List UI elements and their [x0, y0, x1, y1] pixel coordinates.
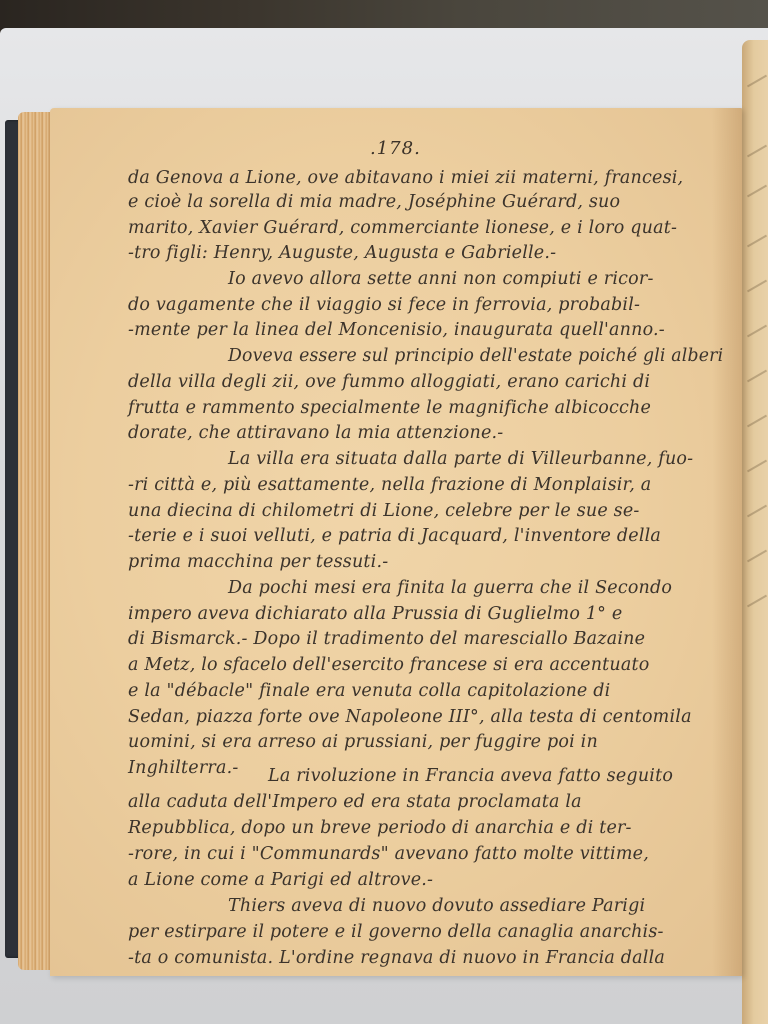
- text-line: La rivoluzione in Francia aveva fatto se…: [268, 766, 673, 786]
- faint-handwriting: [747, 75, 767, 88]
- faint-handwriting: [747, 370, 767, 383]
- text-line: Inghilterra.-: [128, 758, 238, 778]
- text-line: -ta o comunista. L'ordine regnava di nuo…: [128, 948, 665, 968]
- faint-handwriting: [747, 505, 767, 518]
- text-line: della villa degli zii, ove fummo alloggi…: [128, 372, 650, 392]
- faint-handwriting: [747, 235, 767, 248]
- text-line: a Metz, lo sfacelo dell'esercito frances…: [128, 655, 649, 675]
- text-line: impero aveva dichiarato alla Prussia di …: [128, 604, 622, 624]
- faint-handwriting: [747, 595, 767, 608]
- text-line: di Bismarck.- Dopo il tradimento del mar…: [128, 629, 645, 649]
- text-line: Thiers aveva di nuovo dovuto assediare P…: [228, 896, 645, 916]
- facing-page-edge: [742, 40, 768, 1024]
- text-line: do vagamente che il viaggio si fece in f…: [128, 295, 640, 315]
- faint-handwriting: [747, 550, 767, 563]
- faint-handwriting: [747, 325, 767, 338]
- text-line: Repubblica, dopo un breve periodo di ana…: [128, 818, 632, 838]
- text-line: La villa era situata dalla parte di Vill…: [228, 449, 693, 469]
- text-line: e la "débacle" finale era venuta colla c…: [128, 681, 610, 701]
- faint-handwriting: [747, 145, 767, 158]
- page-number: .178.: [370, 138, 421, 159]
- text-line: per estirpare il potere e il governo del…: [128, 922, 664, 942]
- text-line: Io avevo allora sette anni non compiuti …: [228, 269, 654, 289]
- faint-handwriting: [747, 280, 767, 293]
- gutter-shadow: [712, 108, 742, 976]
- text-line: prima macchina per tessuti.-: [128, 552, 388, 572]
- text-line: frutta e rammento specialmente le magnif…: [128, 398, 651, 418]
- text-line: alla caduta dell'Impero ed era stata pro…: [128, 792, 582, 812]
- text-line: -rore, in cui i "Communards" avevano fat…: [128, 844, 649, 864]
- text-line: -mente per la linea del Moncenisio, inau…: [128, 320, 665, 340]
- text-line: e cioè la sorella di mia madre, Joséphin…: [128, 192, 620, 212]
- faint-handwriting: [747, 460, 767, 473]
- text-line: Doveva essere sul principio dell'estate …: [228, 346, 723, 366]
- text-line: Sedan, piazza forte ove Napoleone III°, …: [128, 707, 692, 727]
- text-line: -terie e i suoi velluti, e patria di Jac…: [128, 526, 661, 546]
- text-line: dorate, che attiravano la mia attenzione…: [128, 423, 503, 443]
- text-line: una diecina di chilometri di Lione, cele…: [128, 501, 640, 521]
- text-line: da Genova a Lione, ove abitavano i miei …: [128, 168, 683, 188]
- text-line: Da pochi mesi era finita la guerra che i…: [228, 578, 672, 598]
- faint-handwriting: [747, 415, 767, 428]
- faint-handwriting: [747, 185, 767, 198]
- text-line: a Lione come a Parigi ed altrove.-: [128, 870, 433, 890]
- text-line: -tro figli: Henry, Auguste, Augusta e Ga…: [128, 243, 556, 263]
- text-line: uomini, si era arreso ai prussiani, per …: [128, 732, 598, 752]
- text-line: -ri città e, più esattamente, nella fraz…: [128, 475, 651, 495]
- text-line: marito, Xavier Guérard, commerciante lio…: [128, 218, 677, 238]
